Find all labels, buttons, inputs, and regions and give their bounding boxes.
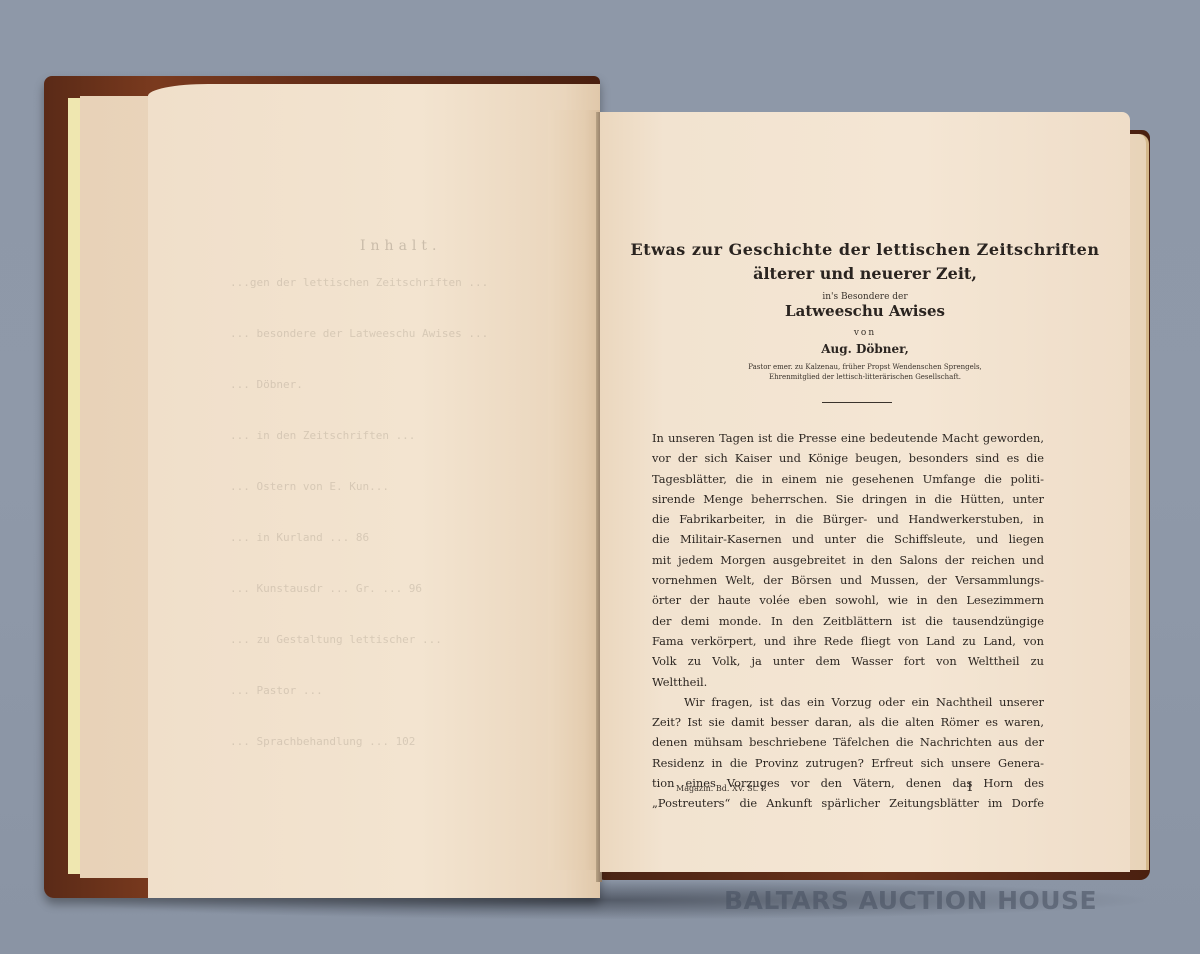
body-line: In unseren Tagen ist die Presse eine bed… [652,428,1044,448]
body-line: sirende Menge beherrschen. Sie dringen i… [652,489,1044,509]
page-number: 1 [966,780,974,794]
article-title-line1: Etwas zur Geschichte der lettischen Zeit… [600,240,1130,259]
body-line: Wir fragen, ist das ein Vorzug oder ein … [652,692,1044,712]
subtitle-small: in's Besondere der [600,292,1130,302]
body-line: Volk zu Volk, ja unter dem Wasser fort v… [652,651,1044,671]
article-body: In unseren Tagen ist die Presse eine bed… [652,428,1044,814]
body-line: vor der sich Kaiser und Könige beugen, b… [652,448,1044,468]
bleed-through-text: ...gen der lettischen Zeitschriften ... … [230,240,550,767]
title-divider [822,402,892,403]
body-line: Zeit? Ist sie damit besser daran, als di… [652,712,1044,732]
body-line: Tagesblätter, die in einem nie gesehenen… [652,469,1044,489]
body-line: Welttheil. [652,672,1044,692]
body-line: denen mühsam beschriebene Täfelchen die … [652,732,1044,752]
subtitle-large: Latweeschu Awises [600,302,1130,320]
body-line: Fama verkörpert, und ihre Rede fliegt vo… [652,631,1044,651]
author-name: Aug. Döbner, [600,342,1130,356]
by-label: von [600,328,1130,338]
body-line: „Postreuters“ die Ankunft spärlicher Zei… [652,793,1044,813]
body-line: Residenz in die Provinz zutrugen? Erfreu… [652,753,1044,773]
body-line: die Fabrikarbeiter, in die Bürger- und H… [652,509,1044,529]
right-page: Etwas zur Geschichte der lettischen Zeit… [600,112,1130,872]
body-line: mit jedem Morgen ausgebreitet in den Sal… [652,550,1044,570]
article-title-line2: älterer und neuerer Zeit, [600,264,1130,283]
left-page-fold [548,110,600,870]
body-line: vornehmen Welt, der Börsen und Mussen, d… [652,570,1044,590]
body-line: die Militair-Kasernen und unter die Schi… [652,529,1044,549]
body-line: der demi monde. In den Zeitblättern ist … [652,611,1044,631]
watermark: BALTARS AUCTION HOUSE [724,886,1097,915]
signature-mark: Magazin. Bd. XV. St. I. [676,784,767,793]
body-line: örter der haute volée eben sowohl, wie i… [652,590,1044,610]
author-affiliation: Pastor emer. zu Kalzenau, früher Propst … [600,362,1130,382]
